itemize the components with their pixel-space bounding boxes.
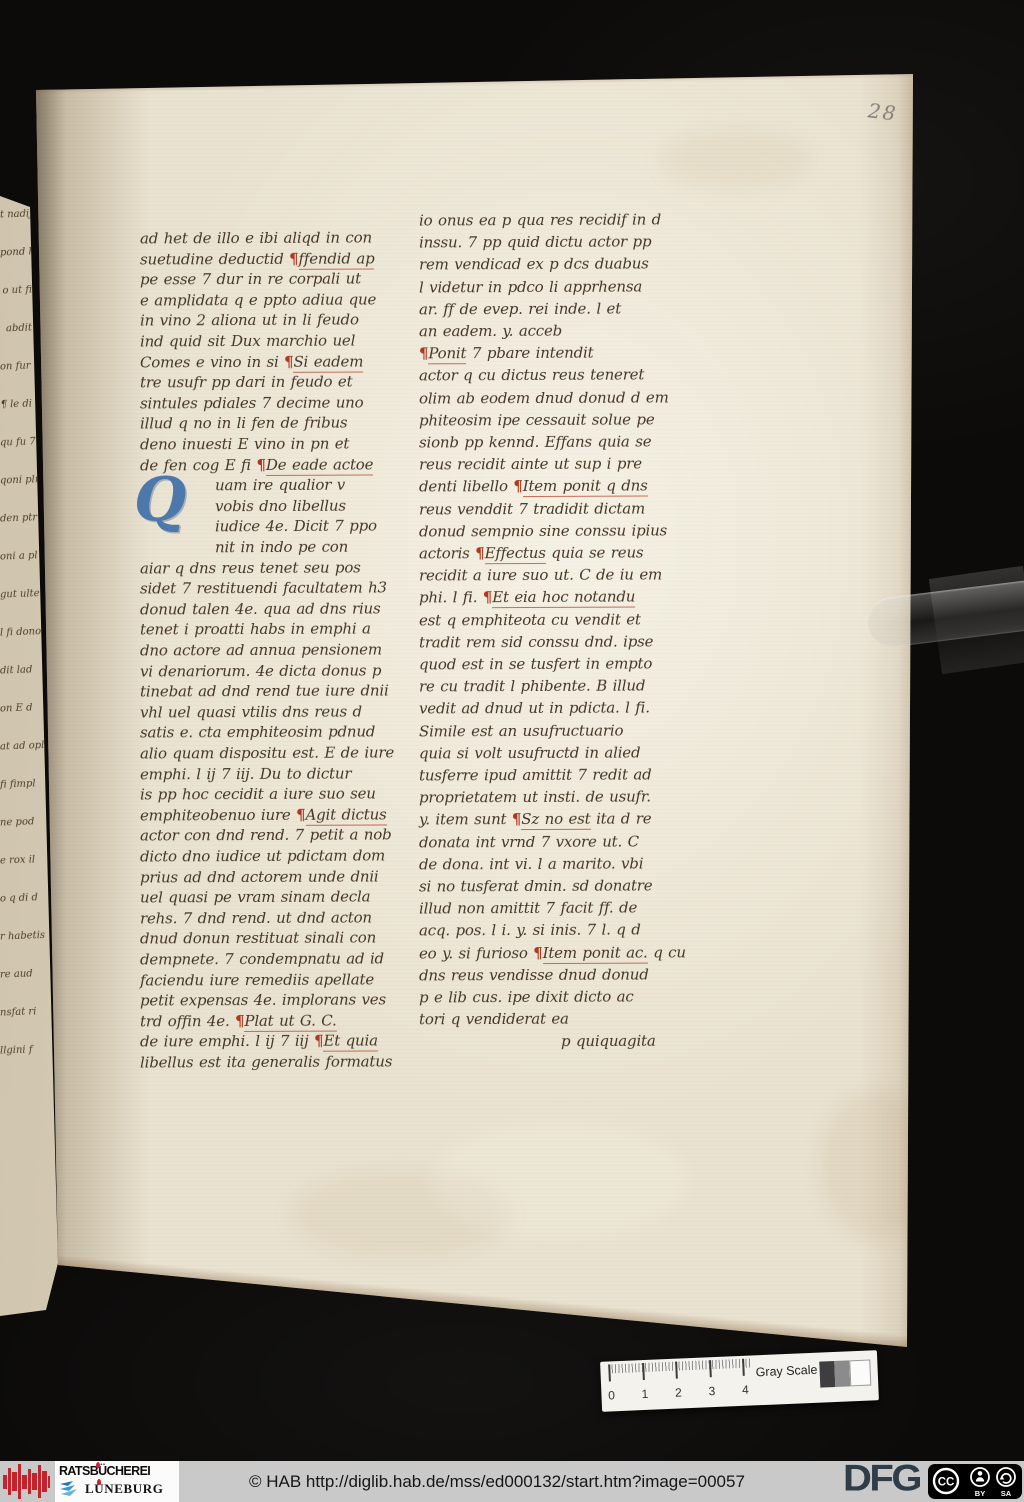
manuscript-line: ind quid sit Dux marchio uel bbox=[140, 331, 355, 352]
manuscript-line: rem vendicad ex p dcs duabus bbox=[419, 254, 649, 275]
manuscript-line: sionb pp kennd. Effans quia se bbox=[419, 431, 652, 452]
illuminated-initial: Q bbox=[134, 469, 186, 531]
manuscript-line: actor q cu dictus reus teneret bbox=[419, 365, 644, 386]
manuscript-line: tori q vendiderat ea bbox=[419, 1009, 569, 1030]
manuscript-line: tinebat ad dnd rend tue iure dnii bbox=[140, 681, 389, 702]
manuscript-line: pe esse 7 dur in re corpali ut bbox=[140, 269, 361, 290]
ratsbuecherei-bars-icon bbox=[2, 1463, 50, 1500]
manuscript-line: vobis dno libellus bbox=[215, 496, 346, 517]
manuscript-line: inssu. 7 pp quid dictu actor pp bbox=[419, 232, 651, 253]
manuscript-line: tenet i proatti habs in emphi a bbox=[140, 619, 371, 640]
manuscript-line: dnud donun restituat sinali con bbox=[140, 928, 376, 949]
manuscript-line: phi. l fi. ¶Et eia hoc notandu bbox=[419, 587, 635, 608]
manuscript-line: reus recidit ainte ut sup i pre bbox=[419, 454, 642, 475]
manuscript-line: de fen cog E fi ¶De eade actoe bbox=[140, 454, 373, 475]
dfg-logo: DFG bbox=[843, 1458, 920, 1499]
manuscript-line: recidit a iure suo ut. C de iu em bbox=[419, 565, 662, 586]
manuscript-line: io onus ea p qua res recidif in d bbox=[419, 209, 661, 230]
manuscript-line: donud sempnio sine conssu ipius bbox=[419, 520, 667, 541]
gray-patch-white bbox=[849, 1360, 871, 1387]
manuscript-line: olim ab eodem dnud donud d em bbox=[419, 387, 669, 408]
library-name: RATSBÜCHEREI bbox=[59, 1465, 150, 1478]
manuscript-line: ¶Ponit 7 pbare intendit bbox=[419, 343, 594, 364]
library-logo-box: RATSBÜCHEREI LÜNEBURG bbox=[55, 1461, 179, 1502]
manuscript-line: dempnete. 7 condempnatu ad id bbox=[140, 948, 384, 969]
manuscript-line: is pp hoc cecidit a iure suo seu bbox=[140, 784, 376, 805]
ruler-number: 3 bbox=[705, 1384, 720, 1399]
margin-fragment: ¶ le di bbox=[0, 399, 32, 410]
manuscript-line: dicto dno iudice ut pdictam dom bbox=[140, 845, 385, 866]
manuscript-line: proprietatem ut insti. de usufr. bbox=[419, 787, 651, 808]
manuscript-line: est q emphiteota cu vendit et bbox=[419, 609, 641, 630]
manuscript-line: emphi. l ij 7 iij. Du to dictur bbox=[140, 763, 351, 784]
manuscript-line: tradit rem sid conssu dnd. ipse bbox=[419, 631, 653, 652]
folio-number: 28 bbox=[867, 98, 899, 125]
gray-patch-dark bbox=[819, 1361, 835, 1388]
manuscript-line: si no tusferat dmin. sd donatre bbox=[419, 875, 653, 896]
manuscript-line: iudice 4e. Dicit 7 ppo bbox=[215, 516, 377, 537]
manuscript-line: emphiteobenuo iure ¶Agit dictus bbox=[140, 804, 387, 825]
manuscript-line: e amplidata q e ppto adiua que bbox=[140, 289, 376, 310]
manuscript-line: illud non amittit 7 facit ff. de bbox=[419, 898, 637, 919]
manuscript-line: phiteosim ipe cessauit solue pe bbox=[419, 409, 655, 430]
manuscript-line: de dona. int vi. l a marito. vbi bbox=[419, 853, 643, 874]
margin-fragment: on fur e bbox=[0, 361, 32, 372]
manuscript-line: faciendu iure remediis apellate bbox=[140, 969, 374, 990]
gray-scale-label: Gray Scale bbox=[755, 1363, 817, 1380]
cc-icon: CC bbox=[934, 1469, 958, 1493]
manuscript-line: denti libello ¶Item ponit q dns bbox=[419, 476, 648, 497]
manuscript-line: tre usufr pp dari in feudo et bbox=[140, 372, 353, 393]
margin-fragment: dit lad bbox=[0, 665, 32, 676]
parchment-stain bbox=[660, 130, 810, 190]
manuscript-line: de iure emphi. l ij 7 iij ¶Et quia bbox=[140, 1031, 378, 1052]
margin-fragment: ne pod bbox=[0, 817, 32, 828]
margin-fragment: qu fu 7 bbox=[0, 437, 32, 448]
manuscript-line: actoris ¶Effectus quia se reus bbox=[419, 543, 644, 564]
manuscript-line: Simile est an usufructuario bbox=[419, 720, 623, 741]
manuscript-line: tusferre ipud amittit 7 redit ad bbox=[419, 764, 652, 785]
margin-fragment: on E d bbox=[0, 703, 32, 714]
margin-fragment: oni a pl bbox=[0, 551, 32, 562]
ruler-number: 2 bbox=[671, 1385, 686, 1400]
manuscript-line: dno actore ad annua pensionem bbox=[140, 639, 382, 660]
manuscript-line: Comes e vino in si ¶Si eadem bbox=[140, 351, 363, 372]
cc-by-label: BY bbox=[975, 1489, 985, 1498]
manuscript-line: aiar q dns reus tenet seu pos bbox=[140, 557, 361, 578]
manuscript-line: eo y. si furioso ¶Item ponit ac. q cu bbox=[419, 942, 686, 963]
manuscript-line: y. item sunt ¶Sz no est ita d re bbox=[419, 809, 652, 830]
manuscript-line: dns reus vendisse dnud donud bbox=[419, 964, 649, 985]
manuscript-line: vedit ad dnud ut in pdicta. l fi. bbox=[419, 698, 650, 719]
ruler-number: 1 bbox=[638, 1387, 653, 1402]
manuscript-line: acq. pos. l i. y. si inis. 7 l. q d bbox=[419, 920, 641, 941]
lueneburg-wave-icon bbox=[59, 1480, 83, 1498]
manuscript-line: vi denariorum. 4e dicta donus p bbox=[140, 660, 381, 681]
manuscript-line: re cu tradit l phibente. B illud bbox=[419, 676, 645, 697]
manuscript-line: quod est in se tusfert in empto bbox=[419, 653, 652, 674]
manuscript-line: alio quam dispositu est. E de iure bbox=[140, 742, 394, 763]
footer-bar: RATSBÜCHEREI LÜNEBURG © HAB http://digli… bbox=[0, 1461, 1024, 1502]
manuscript-line: nit in indo pe con bbox=[215, 537, 348, 558]
manuscript-line: satis e. cta emphiteosim pdnud bbox=[140, 722, 375, 743]
manuscript-line: prius ad dnd actorem unde dnii bbox=[140, 866, 379, 887]
manuscript-line: vhl uel quasi vtilis dns reus d bbox=[140, 701, 362, 722]
manuscript-line: libellus est ita generalis formatus bbox=[140, 1051, 392, 1072]
manuscript-line: quia si volt usufructd in alied bbox=[419, 742, 640, 763]
manuscript-line: uel quasi pe vram sinam decla bbox=[140, 887, 370, 908]
margin-fragment: re aud bbox=[0, 969, 32, 980]
cc-by-icon: BY bbox=[971, 1468, 989, 1498]
manuscript-line: actor con dnd rend. 7 petit a nob bbox=[140, 825, 392, 846]
manuscript-line: petit expensas 4e. implorans ves bbox=[140, 990, 386, 1011]
ruler-number: 0 bbox=[604, 1388, 619, 1403]
margin-fragment: fi fimpl bbox=[0, 779, 32, 790]
manuscript-line: p quiquagita bbox=[561, 1031, 656, 1051]
margin-fragment: abdit bbox=[0, 323, 32, 334]
gray-patch-mid bbox=[834, 1360, 850, 1387]
cc-sa-label: SA bbox=[1001, 1489, 1012, 1498]
margin-fragment: e rox il bbox=[0, 855, 32, 866]
manuscript-line: deno inuesti E vino in pn et bbox=[140, 434, 349, 455]
red-flame-accent bbox=[96, 1462, 100, 1468]
right-column: io onus ea p qua res recidif in dinssu. … bbox=[419, 210, 721, 1090]
margin-fragment: gut ulten bbox=[0, 589, 32, 600]
margin-fragment: nsfat ri bbox=[0, 1007, 32, 1018]
copyright-url: © HAB http://diglib.hab.de/mss/ed000132/… bbox=[249, 1472, 745, 1492]
manuscript-line: reus venddit 7 tradidit dictam bbox=[419, 498, 645, 519]
manuscript-line: l videtur in pdco li apprhensa bbox=[419, 276, 642, 297]
manuscript-line: an eadem. y. acceb bbox=[419, 321, 562, 342]
margin-fragment: qoni plr bbox=[0, 475, 32, 486]
manuscript-line: donata int vrnd 7 vxore ut. C bbox=[419, 831, 639, 852]
manuscript-line: sintules pdiales 7 decime uno bbox=[140, 392, 364, 413]
manuscript-line: trd offin 4e. ¶Plat ut G. C. bbox=[140, 1010, 337, 1031]
margin-fragment: llgini f bbox=[0, 1045, 32, 1056]
ruler-number: 4 bbox=[738, 1382, 753, 1397]
manuscript-line: rehs. 7 dnd rend. ut dnd acton bbox=[140, 907, 372, 928]
cc-license-badge: CC BY SA bbox=[928, 1464, 1022, 1499]
manuscript-line: p e lib cus. ipe dixit dicto ac bbox=[419, 987, 634, 1008]
margin-fragment: t nadij bbox=[0, 209, 32, 220]
margin-fragment: o q di d bbox=[0, 893, 32, 904]
svg-text:CC: CC bbox=[938, 1477, 955, 1489]
manuscript-line: suetudine deductid ¶ffendid ap bbox=[140, 248, 375, 269]
margin-fragment: at ad opl bbox=[0, 741, 32, 752]
ruler-mm-ticks bbox=[608, 1359, 750, 1374]
margin-fragment: pond h bbox=[0, 247, 32, 258]
margin-fragment: den ptr bbox=[0, 513, 32, 524]
manuscript-line: sidet 7 restituendi facultatem h3 bbox=[140, 578, 387, 599]
manuscript-line: illud q no in li fen de fribus bbox=[140, 413, 348, 434]
manuscript-line: in vino 2 aliona ut in li feudo bbox=[140, 310, 359, 331]
margin-fragment: r habetis bbox=[0, 931, 32, 942]
manuscript-line: ar. ff de evep. rei inde. l et bbox=[419, 298, 621, 319]
cc-sa-icon: SA bbox=[997, 1468, 1015, 1498]
manuscript-line: donud talen 4e. qua ad dns rius bbox=[140, 598, 381, 619]
manuscript-line: uam ire qualior v bbox=[215, 475, 345, 496]
parchment-highlight bbox=[430, 1120, 690, 1240]
margin-fragment: o ut fi bbox=[0, 285, 32, 296]
margin-fragment: l fi dono bbox=[0, 627, 32, 638]
manuscript-line: ad het de illo e ibi aliqd in con bbox=[140, 227, 372, 248]
red-flame-accent bbox=[97, 1479, 101, 1485]
left-column: Q ad het de illo e ibi aliqd in consuetu… bbox=[140, 228, 440, 1088]
